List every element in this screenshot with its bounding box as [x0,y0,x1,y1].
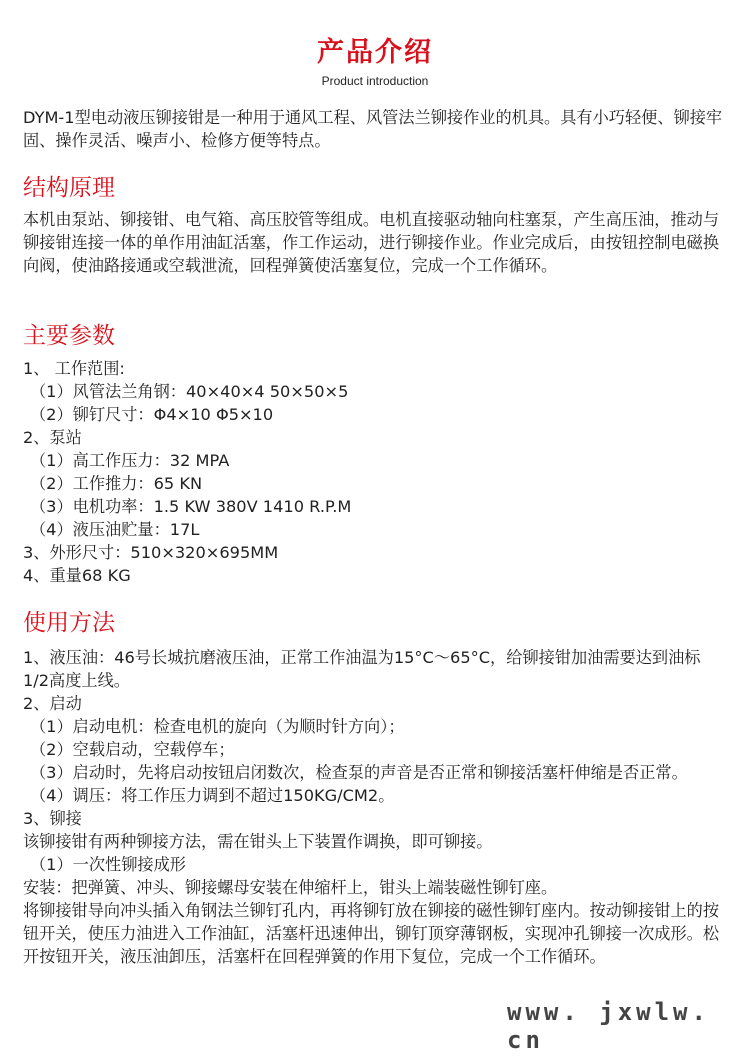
usage-line: （2）空载启动，空载停车； [23,738,723,761]
params-line: （1）高工作压力：32 MPA [23,449,723,472]
usage-line: （1）一次性铆接成形 [23,853,723,876]
usage-line: （1）启动电机：检查电机的旋向（为顺时针方向）； [23,715,723,738]
params-line: 2、泵站 [23,426,723,449]
params-section: 主要参数 1、 工作范围: （1）风管法兰角钢：40×40×4 50×50×5 … [23,321,723,587]
usage-line: 安装：把弹簧、冲头、铆接螺母安装在伸缩杆上，钳头上端装磁性铆钉座。 [23,876,723,899]
page-header: 产品介绍 Product introduction [0,36,750,88]
params-line: （1）风管法兰角钢：40×40×4 50×50×5 [23,380,723,403]
params-line: 4、重量68 KG [23,564,723,587]
params-list: 1、 工作范围: （1）风管法兰角钢：40×40×4 50×50×5 （2）铆钉… [23,357,723,587]
usage-line: （4）调压：将工作压力调到不超过150KG/CM2。 [23,784,723,807]
params-line: 3、外形尺寸：510×320×695MM [23,541,723,564]
structure-text: 本机由泵站、铆接钳、电气箱、高压胶管等组成。电机直接驱动轴向柱塞泵，产生高压油，… [23,208,723,277]
page-title: 产品介绍 [0,36,750,70]
structure-section: 结构原理 本机由泵站、铆接钳、电气箱、高压胶管等组成。电机直接驱动轴向柱塞泵，产… [23,173,723,277]
intro-text: DYM-1型电动液压铆接钳是一种用于通风工程、风管法兰铆接作业的机具。具有小巧轻… [23,106,723,152]
usage-line: 1、液压油：46号长城抗磨液压油，正常工作油温为15°C～65°C，给铆接钳加油… [23,646,723,692]
usage-line: 该铆接钳有两种铆接方法，需在钳头上下装置作调换，即可铆接。 [23,830,723,853]
usage-line: （3）启动时，先将启动按钮启闭数次，检查泵的声音是否正常和铆接活塞杆伸缩是否正常… [23,761,723,784]
params-line: （2）铆钉尺寸：Φ4×10 Φ5×10 [23,403,723,426]
params-line: 1、 工作范围: [23,357,723,380]
page-subtitle: Product introduction [0,74,750,88]
usage-line: 2、启动 [23,692,723,715]
usage-section: 使用方法 1、液压油：46号长城抗磨液压油，正常工作油温为15°C～65°C，给… [23,608,723,968]
params-line: （3）电机功率：1.5 KW 380V 1410 R.P.M [23,495,723,518]
params-line: （2）工作推力：65 KN [23,472,723,495]
structure-heading: 结构原理 [23,173,723,203]
params-line: （4）液压油贮量：17L [23,518,723,541]
intro-section: DYM-1型电动液压铆接钳是一种用于通风工程、风管法兰铆接作业的机具。具有小巧轻… [23,106,723,152]
watermark: www. jxwlw. cn [507,998,750,1054]
usage-list: 1、液压油：46号长城抗磨液压油，正常工作油温为15°C～65°C，给铆接钳加油… [23,646,723,968]
usage-line: 3、铆接 [23,807,723,830]
params-heading: 主要参数 [23,321,723,351]
usage-line: 将铆接钳导向冲头插入角钢法兰铆钉孔内，再将铆钉放在铆接的磁性铆钉座内。按动铆接钳… [23,899,723,968]
usage-heading: 使用方法 [23,608,723,638]
